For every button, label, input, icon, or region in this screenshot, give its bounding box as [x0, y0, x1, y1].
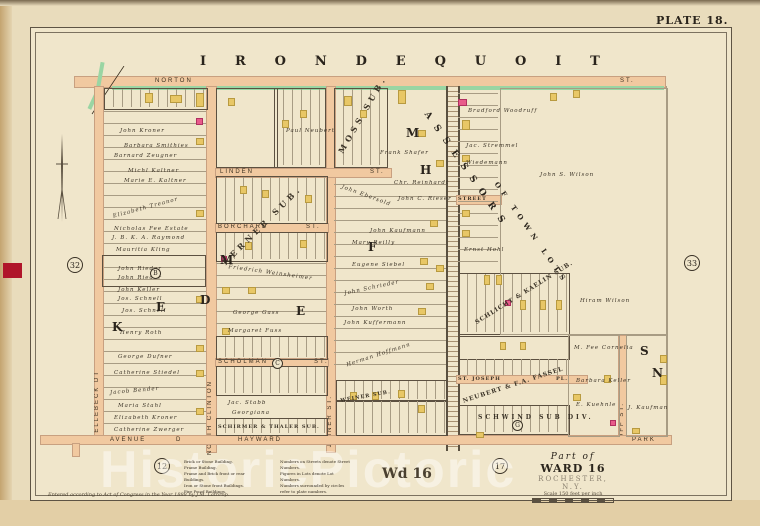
building: [484, 275, 490, 285]
township-letter: Q: [435, 54, 446, 69]
owner-label: John Keller: [118, 287, 160, 293]
building: [573, 90, 580, 98]
lot-letter: S: [640, 344, 649, 358]
building: [248, 287, 256, 294]
building: [540, 300, 546, 310]
building: [550, 93, 557, 101]
owner-label: Hiram Wilson: [580, 298, 630, 304]
block-marker-g: G: [512, 420, 523, 431]
owner-label: M. Fee Cornelia: [574, 345, 634, 351]
lot-letter: K: [112, 320, 122, 334]
schwind-sub-label: SCHWIND SUB DIV.: [478, 414, 594, 421]
legend-item: Numbers surrounded by circles refer to p…: [280, 483, 350, 495]
owner-label: Paul Neubert: [286, 128, 335, 134]
building: [398, 390, 405, 398]
borchard-suffix: ST.: [306, 224, 321, 230]
block-schlicht-south: [458, 336, 570, 360]
township-letter: E: [396, 54, 406, 69]
owner-label: Ernst Hohl: [464, 247, 504, 253]
building: [426, 283, 434, 290]
building: [476, 432, 484, 438]
lot-letter: E: [156, 300, 165, 314]
block-clinton-north: [216, 88, 278, 168]
owner-label: Frank Shafer: [380, 150, 429, 156]
owner-label: J. B. K. A. Raymond: [112, 235, 185, 241]
building: [196, 210, 204, 217]
lot-lines: [217, 367, 325, 393]
pellebeck-street-label: PELLEBECK DT: [94, 370, 100, 439]
title-ward: WARD 16: [528, 462, 618, 475]
building: [300, 110, 307, 118]
township-letter: O: [515, 54, 526, 69]
owner-label: George Dufner: [118, 354, 173, 360]
owner-label: Michl Kaltner: [128, 168, 179, 174]
brick-building: [196, 118, 203, 125]
lot-letter: M: [220, 253, 233, 267]
title-part-of: Part of: [528, 452, 618, 462]
block-marker-c: C: [272, 358, 283, 369]
building: [462, 230, 470, 237]
st-joseph-label: ST. JOSEPH: [458, 376, 501, 382]
owner-label: Barbara Keller: [576, 378, 631, 384]
building: [436, 265, 444, 272]
legend-item: Numbers on Streets denote Street Numbers…: [280, 459, 350, 471]
building: [262, 190, 269, 198]
schirmer-thaler-label: SCHIRMER & THALER SUB.: [218, 424, 320, 430]
building: [196, 370, 204, 377]
owner-label: John Kaufmann: [370, 228, 426, 234]
owner-label: John Kuffermann: [344, 320, 406, 326]
township-letter: I: [555, 54, 561, 69]
building: [420, 258, 428, 265]
legend-item: Frame and Brick front or rear Buildings.: [184, 471, 254, 483]
title-cartouche: Part of WARD 16 ROCHESTER, N.Y. Scale 15…: [528, 452, 618, 504]
lot-letter: H: [420, 163, 431, 177]
linden-label: LINDEN: [220, 169, 254, 175]
owner-label: Catherine Stiedel: [114, 370, 180, 376]
legend-left: Brick or Stone Building. Frame Building.…: [184, 459, 254, 495]
building: [436, 160, 444, 167]
bookmark-tab: [3, 263, 22, 278]
township-letter: U: [475, 54, 486, 69]
building: [300, 240, 307, 248]
title-city: ROCHESTER, N.Y.: [528, 475, 618, 491]
norton-street-suffix: ST.: [620, 78, 635, 84]
building: [496, 275, 502, 285]
township-letter: O: [275, 54, 286, 69]
legend-right: Numbers on Streets denote Street Numbers…: [280, 459, 350, 495]
lot-letter: D: [200, 293, 210, 307]
avenue-d-spur: [72, 443, 80, 457]
map-page: PLATE 18. I R O N D E Q U O I T NORTON S…: [0, 0, 760, 526]
owner-label: E. Kuehnle: [576, 402, 616, 408]
owner-label: Elizabeth Kroner: [114, 415, 177, 421]
owner-label: George Gass: [233, 310, 279, 316]
building: [228, 98, 235, 106]
building: [196, 138, 204, 145]
owner-label: Jac. Stremmel: [466, 143, 518, 149]
owner-label: Nicholas Fee Estate: [114, 226, 189, 232]
building: [196, 93, 204, 107]
lot-lines: [105, 89, 205, 107]
lot-letter: E: [296, 304, 305, 318]
building: [660, 355, 667, 363]
building: [418, 405, 425, 413]
building: [305, 195, 312, 203]
building: [196, 408, 204, 415]
owner-label: Marie E. Kaltner: [124, 178, 187, 184]
block-marker-b: B: [150, 268, 161, 279]
township-letter: N: [315, 54, 327, 69]
owner-label: Georgiana: [232, 410, 270, 416]
building: [556, 300, 562, 310]
building: [573, 394, 581, 401]
lot-lines: [337, 401, 445, 433]
adjacent-plate-33[interactable]: 33: [684, 255, 700, 271]
building: [430, 220, 438, 227]
copyright-credit: Entered according to Act of Congress in …: [48, 492, 229, 498]
adjacent-plate-32[interactable]: 32: [67, 257, 83, 273]
brick-building: [610, 420, 616, 426]
st-joseph-suffix: PL.: [556, 376, 568, 382]
building: [240, 186, 247, 194]
owner-label: Chr. Reinhardt: [394, 180, 449, 186]
owner-label: John C. Rieser: [398, 196, 452, 202]
title-scale-text: Scale 150 feet per inch: [528, 491, 618, 497]
plate-number: PLATE 18.: [656, 14, 728, 27]
owner-label: Catherine Zwerger: [114, 427, 184, 433]
building: [632, 428, 640, 434]
building: [500, 342, 506, 350]
township-letter: D: [356, 54, 367, 69]
lot-lines: [217, 337, 325, 357]
township-letter: I: [200, 54, 206, 69]
park-label: PARK: [632, 437, 656, 443]
building: [170, 95, 182, 103]
building: [282, 120, 289, 128]
owner-label: Eugene Siebel: [352, 262, 405, 268]
owner-label: Mauritia Kling: [116, 247, 171, 253]
building: [145, 93, 153, 103]
owner-label: Margaret Fuss: [228, 328, 282, 334]
page-top-shadow: [0, 0, 760, 6]
lot-letter: F: [368, 240, 377, 254]
linden-suffix: ST.: [370, 169, 385, 175]
township-letter: T: [590, 54, 600, 69]
building: [418, 308, 426, 315]
owner-label: Maria Stahl: [118, 403, 162, 409]
building: [520, 300, 526, 310]
legend-item: Figures in Lots denote Lot Numbers.: [280, 471, 350, 483]
lot-letter: M: [406, 126, 419, 140]
brick-building: [458, 99, 467, 106]
owner-label: John Worth: [352, 306, 393, 312]
building: [462, 120, 470, 130]
norton-street-label: NORTON: [155, 78, 193, 84]
owner-label: John S. Wilson: [540, 172, 594, 178]
building: [344, 96, 352, 106]
building: [196, 345, 204, 352]
township-title: I R O N D E Q U O I T: [200, 54, 600, 69]
owner-label: J. Kaufman: [628, 405, 668, 411]
township-letter: R: [235, 54, 246, 69]
compass-north-arrow-icon: [56, 134, 68, 222]
building: [398, 90, 406, 104]
owner-label: Henry Roth: [120, 330, 162, 336]
owner-label: Barnard Zeugner: [114, 153, 177, 159]
owner-label: John Kroner: [120, 128, 165, 134]
owner-label: Barbara Smithies: [124, 143, 189, 149]
building: [520, 342, 526, 350]
lot-letter: N: [652, 366, 663, 380]
building: [462, 210, 470, 217]
owner-label: Jac. Stabb: [228, 400, 266, 406]
building: [222, 287, 230, 294]
owner-label: Wiedemann: [466, 160, 508, 166]
page-bottom-margin: [0, 500, 760, 526]
scale-bar: [532, 498, 614, 503]
owner-label: Bradford Woodruff: [468, 108, 537, 114]
ward-label: Wd 16: [382, 466, 432, 482]
